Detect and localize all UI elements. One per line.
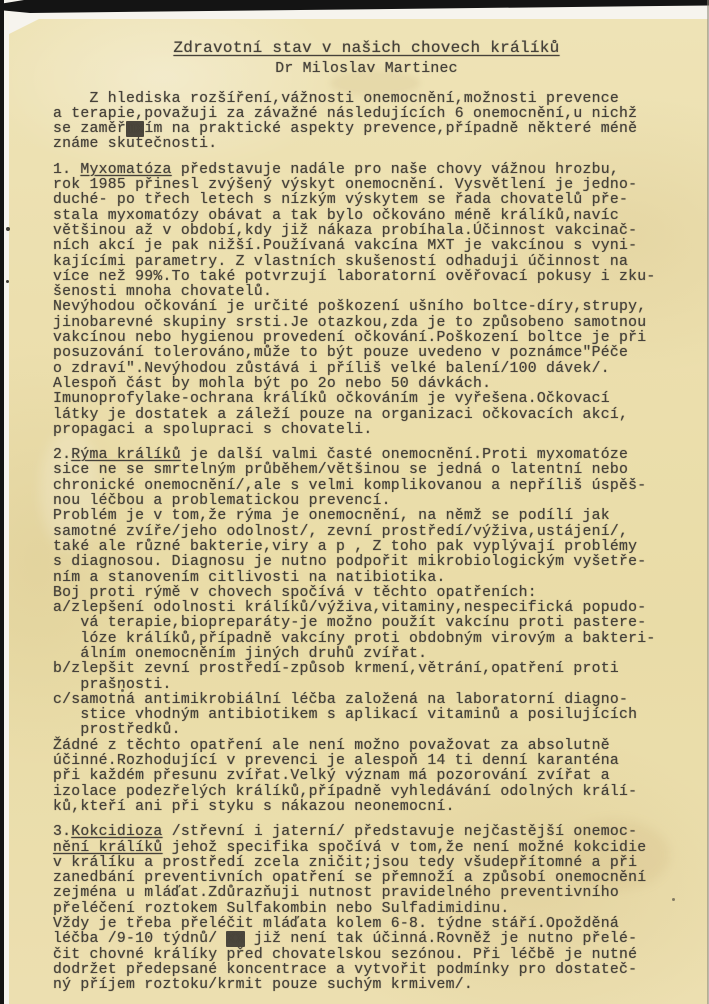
underlined-text: Rýma králíků [71, 447, 181, 463]
text-segment: v králíku a prostředí zcela zničit;jsou … [53, 855, 637, 871]
typed-over-text: mx [126, 121, 144, 137]
text-segment: izolace podezřelých králíků,případně vyh… [53, 784, 637, 800]
text-segment: stice vhodným antibiotikem s aplikací vi… [53, 707, 637, 723]
document-title: Zdravotní stav v našich chovech králíků [53, 41, 680, 56]
scan-edge-top [0, 0, 709, 13]
text-line: prostředků. [53, 723, 680, 738]
text-segment: jehož specifika spočívá v tom,že není mo… [163, 840, 647, 856]
text-segment: většinou až v období,kdy již nákaza prob… [53, 223, 637, 239]
text-line: b/zlepšit zevní prostředí-způsob krmení,… [53, 662, 680, 677]
text-segment: samotné zvíře/jeho odolnost/, zevní pros… [53, 524, 628, 540]
text-segment: ních akcí je pak nižší.Používaná vakcína… [53, 238, 637, 254]
text-segment: již není tak účinná.Rovněž je nutno přel… [245, 931, 638, 947]
text-line: Z hlediska rozšíření,vážnosti onemocnění… [53, 92, 680, 107]
text-line: propagaci a spolupraci s chovateli. [53, 423, 680, 438]
text-segment: 2. [53, 447, 71, 463]
underlined-text: Myxomatóza [80, 162, 171, 178]
text-segment: a/zlepšení odolnosti králíků/výživa,vita… [53, 600, 646, 616]
text-segment: ím na praktické aspekty prevence,případn… [144, 121, 637, 137]
text-line: prašnosti. [53, 678, 680, 693]
text-segment: vá terapie,biopreparáty-je možno použít … [53, 615, 646, 631]
text-segment: šenosti mnoha chovatelů. [53, 284, 272, 300]
text-segment: ků,kteří ani při styku s nákazou neonemo… [53, 799, 455, 815]
text-segment: Imunoprofylake-ochrana králíků očkováním… [53, 391, 610, 407]
text-segment: více než 99%.To také potvrzují laborator… [53, 269, 656, 285]
text-segment: kajícími parametry. Z vlastních skušenos… [53, 254, 628, 270]
document-content: Zdravotní stav v našich chovech králíků … [9, 19, 708, 1004]
text-line: lóze králíků,případně vakcíny proti obdo… [53, 632, 680, 647]
text-line: nění králíků jehož specifika spočívá v t… [53, 841, 680, 856]
text-line: jinobarevné skupiny srsti.Je otazkou,zda… [53, 316, 680, 331]
text-segment: sice ne se smrtelným průběhem/většinou s… [53, 462, 628, 478]
text-segment: známe skutečnosti. [53, 136, 217, 152]
text-line: stala myxomatózy obávat a tak bylo očkov… [53, 209, 680, 224]
text-segment: ný příjem roztoku/krmit pouze suchým krm… [53, 977, 473, 993]
text-line: chronické onemocnění/,ale s velmi kompli… [53, 479, 680, 494]
text-segment: s diagnosou. Diagnosu je nutno podpořit … [53, 554, 646, 570]
text-segment: Alespoň část by mohla být po 2o nebo 50 … [53, 376, 491, 392]
text-segment: Boj proti rýmě v chovech spočívá v těcht… [53, 585, 537, 601]
text-segment: /střevní i jaterní/ představuje nejčastě… [163, 824, 638, 840]
text-segment: léčba /9-10 týdnů/ [53, 931, 226, 947]
text-line: izolace podezřelých králíků,případně vyh… [53, 785, 680, 800]
scan-speck [672, 898, 675, 901]
text-segment: ním a stanovením citlivosti na natibioti… [53, 570, 446, 586]
text-segment: b/zlepšit zevní prostředí-způsob krmení,… [53, 661, 619, 677]
text-segment: prašnosti. [53, 677, 172, 693]
text-line: Alespoň část by mohla být po 2o nebo 50 … [53, 377, 680, 392]
text-line: zejména u mláďat.Zdůrazňuji nutnost prav… [53, 886, 680, 901]
text-segment: je další valmi časté onemocnění.Proti my… [181, 447, 628, 463]
text-segment: prostředků. [53, 722, 181, 738]
text-segment: čit chovné králíky před chovatelskou sez… [53, 947, 637, 963]
text-segment: při každém přesunu zvířat.Velký význam m… [53, 768, 610, 784]
paragraph-section-3-kokcidioza: 3.Kokcidioza /střevní i jaterní/ předsta… [53, 825, 680, 993]
text-line: posuzování tolerováno,může to být pouze … [53, 346, 680, 361]
scan-edge-left [0, 0, 4, 1004]
text-line: ků,kteří ani při styku s nákazou neonemo… [53, 800, 680, 815]
text-segment: dodržet předepsané koncentrace a vytvoři… [53, 962, 637, 978]
text-segment: Problém je v tom,že rýma je onemocnění, … [53, 508, 610, 524]
text-segment: propagaci a spolupraci s chovateli. [53, 422, 373, 438]
paragraph-section-1-myxomatoza: 1. Myxomatóza představuje nadále pro naš… [53, 163, 680, 438]
text-line: ním a stanovením citlivosti na natibioti… [53, 571, 680, 586]
text-line: většinou až v období,kdy již nákaza prob… [53, 224, 680, 239]
text-segment: Žádné z těchto opatření ale není možno p… [53, 738, 610, 754]
text-segment: c/samotná antimikrobiální léčba založená… [53, 692, 628, 708]
text-segment: álním onemocněním jiných druhů zvířat. [53, 646, 427, 662]
text-segment: duché- po třech letech s nízkým výskytem… [53, 192, 628, 208]
text-line: Žádné z těchto opatření ale není možno p… [53, 739, 680, 754]
document-text: Z hlediska rozšíření,vážnosti onemocnění… [53, 92, 680, 994]
text-segment: rok 1985 přinesl zvýšený výskyt onemocně… [53, 177, 637, 193]
text-line: 3.Kokcidioza /střevní i jaterní/ předsta… [53, 825, 680, 840]
text-segment: Z hlediska rozšíření,vážnosti onemocnění… [53, 91, 619, 107]
typed-over-text: xx [226, 931, 244, 947]
text-segment: Vždy je třeba přeléčit mláďata kolem 6-8… [53, 916, 619, 932]
text-line: také ale různé bakterie,viry a p , Z toh… [53, 540, 680, 555]
text-line: álním onemocněním jiných druhů zvířat. [53, 647, 680, 662]
text-line: kajícími parametry. Z vlastních skušenos… [53, 255, 680, 270]
scanned-document-page: Zdravotní stav v našich chovech králíků … [0, 0, 709, 1004]
text-segment: představuje nadále pro naše chovy vážnou… [172, 162, 619, 178]
text-line: ný příjem roztoku/krmit pouze suchým krm… [53, 978, 680, 993]
text-segment: se zaměř [53, 121, 126, 137]
text-segment: účinné.Rozhodující v prevenci je alespoň… [53, 753, 619, 769]
text-line: léčba /9-10 týdnů/ xx již není tak účinn… [53, 932, 680, 947]
text-segment: stala myxomatózy obávat a tak bylo očkov… [53, 208, 619, 224]
text-line: c/samotná antimikrobiální léčba založená… [53, 693, 680, 708]
text-segment: vakcínou nebo hygienou provedení očkován… [53, 330, 646, 346]
text-line: o zdraví".Nevýhodou zůstává i příliš vel… [53, 362, 680, 377]
text-line: vá terapie,biopreparáty-je možno použít … [53, 616, 680, 631]
text-segment: také ale různé bakterie,viry a p , Z toh… [53, 539, 637, 555]
text-line: Problém je v tom,že rýma je onemocnění, … [53, 509, 680, 524]
text-segment: lóze králíků,případně vakcíny proti obdo… [53, 631, 656, 647]
underlined-text: Kokcidioza [71, 824, 162, 840]
text-line: Boj proti rýmě v chovech spočívá v těcht… [53, 586, 680, 601]
text-segment: posuzování tolerováno,může to být pouze … [53, 345, 628, 361]
text-segment: přeléčení roztokem Sulfakombin nebo Sulf… [53, 901, 509, 917]
text-segment: o zdraví".Nevýhodou zůstává i příliš vel… [53, 361, 610, 377]
text-line: více než 99%.To také potvrzují laborator… [53, 270, 680, 285]
text-segment: chronické onemocnění/,ale s velmi kompli… [53, 478, 646, 494]
text-line: duché- po třech letech s nízkým výskytem… [53, 193, 680, 208]
text-line: Nevýhodou očkování je určité poškození u… [53, 300, 680, 315]
text-segment: a terapie,považuji za závažné následujíc… [53, 106, 637, 122]
text-line: a terapie,považuji za závažné následujíc… [53, 107, 680, 122]
text-line: v králíku a prostředí zcela zničit;jsou … [53, 856, 680, 871]
text-line: s diagnosou. Diagnosu je nutno podpořit … [53, 555, 680, 570]
text-segment: zejména u mláďat.Zdůrazňuji nutnost prav… [53, 885, 619, 901]
document-author: Dr Miloslav Martinec [53, 62, 680, 77]
text-line: známe skutečnosti. [53, 137, 680, 152]
paragraph-section-2-ryma: 2.Rýma králíků je další valmi časté onem… [53, 448, 680, 815]
text-line: Imunoprofylake-ochrana králíků očkováním… [53, 392, 680, 407]
text-segment: Nevýhodou očkování je určité poškození u… [53, 299, 646, 315]
text-line: přeléčení roztokem Sulfakombin nebo Sulf… [53, 902, 680, 917]
text-segment: jinobarevné skupiny srsti.Je otazkou,zda… [53, 315, 646, 331]
text-line: samotné zvíře/jeho odolnost/, zevní pros… [53, 525, 680, 540]
text-line: ních akcí je pak nižší.Používaná vakcína… [53, 239, 680, 254]
text-segment: zanedbání preventivních opatření se přem… [53, 870, 646, 886]
scan-speck [121, 689, 124, 692]
text-line: 1. Myxomatóza představuje nadále pro naš… [53, 163, 680, 178]
text-line: čit chovné králíky před chovatelskou sez… [53, 948, 680, 963]
scan-speck [6, 227, 10, 231]
text-line: sice ne se smrtelným průběhem/většinou s… [53, 463, 680, 478]
text-segment: 1. [53, 162, 80, 178]
paragraph-intro: Z hlediska rozšíření,vážnosti onemocnění… [53, 92, 680, 153]
text-segment: látky je dostatek a záleží pouze na orga… [53, 407, 628, 423]
text-segment: 3. [53, 824, 71, 840]
scan-speck [6, 280, 9, 283]
underlined-text: nění králíků [53, 840, 163, 856]
text-line: látky je dostatek a záleží pouze na orga… [53, 408, 680, 423]
text-segment: nou léčbou a problematickou prevencí. [53, 493, 391, 509]
text-line: při každém přesunu zvířat.Velký význam m… [53, 769, 680, 784]
text-line: dodržet předepsané koncentrace a vytvoři… [53, 963, 680, 978]
